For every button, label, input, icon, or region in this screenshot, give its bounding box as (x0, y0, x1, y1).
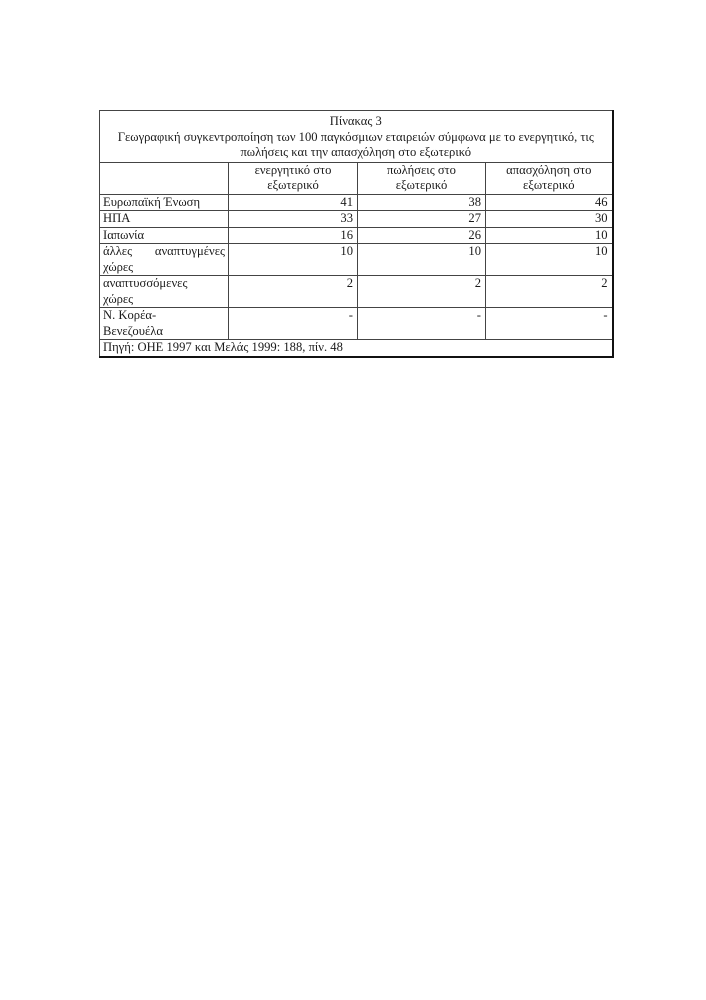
row-label: ΗΠΑ (100, 211, 229, 228)
table-row: ΗΠΑ 33 27 30 (100, 211, 613, 228)
cell-employment: 10 (486, 244, 613, 276)
row-label: Ν. Κορέα- Βενεζουέλα (100, 308, 229, 340)
cell-sales: 27 (358, 211, 486, 228)
cell-sales: 38 (358, 194, 486, 211)
row-label: αναπτυσσόμενες χώρες (100, 276, 229, 308)
table-row: άλλες αναπτυγμένες χώρες 10 10 10 (100, 244, 613, 276)
geographic-concentration-table: Πίνακας 3 Γεωγραφική συγκεντροποίηση των… (99, 110, 614, 358)
table-caption-row: Πίνακας 3 Γεωγραφική συγκεντροποίηση των… (100, 111, 613, 163)
cell-sales: 26 (358, 227, 486, 244)
cell-employment: 30 (486, 211, 613, 228)
cell-assets: - (229, 308, 358, 340)
table-source: Πηγή: ΟΗΕ 1997 και Μελάς 1999: 188, πίν.… (100, 340, 613, 357)
table-title-line-1: Γεωγραφική συγκεντροποίηση των 100 παγκό… (104, 130, 608, 146)
cell-sales: 10 (358, 244, 486, 276)
table-row: Ν. Κορέα- Βενεζουέλα - - - (100, 308, 613, 340)
empty-corner-cell (100, 162, 229, 194)
table-row: Ιαπωνία 16 26 10 (100, 227, 613, 244)
table-title-line-2: πωλήσεις και την απασχόληση στο εξωτερικ… (104, 145, 608, 161)
column-header-assets: ενεργητικό στο εξωτερικό (229, 162, 358, 194)
table-number: Πίνακας 3 (104, 114, 608, 130)
cell-assets: 2 (229, 276, 358, 308)
column-header-employment: απασχόληση στο εξωτερικό (486, 162, 613, 194)
cell-sales: - (358, 308, 486, 340)
table-row: αναπτυσσόμενες χώρες 2 2 2 (100, 276, 613, 308)
cell-sales: 2 (358, 276, 486, 308)
table-caption: Πίνακας 3 Γεωγραφική συγκεντροποίηση των… (100, 111, 613, 163)
column-header-row: ενεργητικό στο εξωτερικό πωλήσεις στο εξ… (100, 162, 613, 194)
cell-employment: 2 (486, 276, 613, 308)
column-header-sales: πωλήσεις στο εξωτερικό (358, 162, 486, 194)
row-label: Ιαπωνία (100, 227, 229, 244)
cell-assets: 33 (229, 211, 358, 228)
cell-assets: 16 (229, 227, 358, 244)
table-row: Ευρωπαϊκή Ένωση 41 38 46 (100, 194, 613, 211)
cell-employment: 10 (486, 227, 613, 244)
cell-assets: 10 (229, 244, 358, 276)
source-row: Πηγή: ΟΗΕ 1997 και Μελάς 1999: 188, πίν.… (100, 340, 613, 357)
row-label: Ευρωπαϊκή Ένωση (100, 194, 229, 211)
cell-employment: 46 (486, 194, 613, 211)
row-label: άλλες αναπτυγμένες χώρες (100, 244, 229, 276)
cell-employment: - (486, 308, 613, 340)
cell-assets: 41 (229, 194, 358, 211)
